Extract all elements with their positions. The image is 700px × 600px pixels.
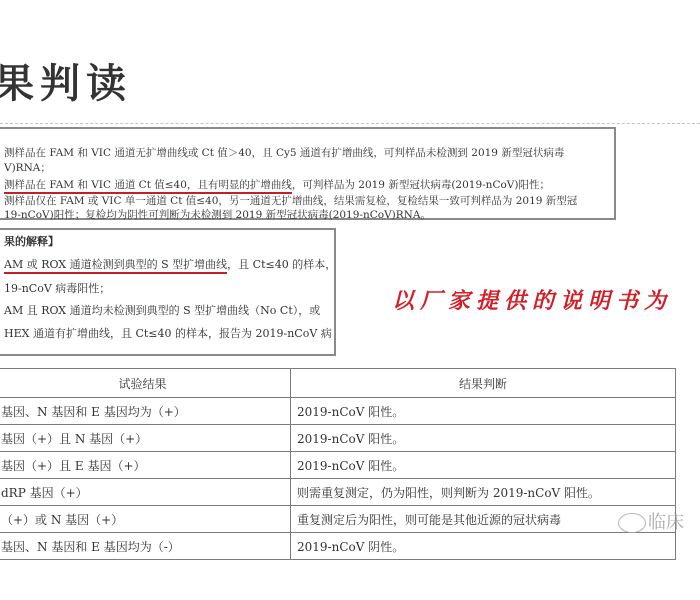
header-test-result: 试验结果 xyxy=(0,369,291,398)
criteria-line-3: 测样品在 FAM 和 VIC 通道 Ct 值≤40，且有明显的扩增曲线，可判样品… xyxy=(4,177,550,192)
test-result-cell: （+）或 N 基因（+） xyxy=(0,506,291,533)
wechat-bubble-icon xyxy=(618,513,646,533)
interpretation-line-3: AM 且 ROX 通道均未检测到典型的 S 型扩增曲线（No Ct），或 xyxy=(4,302,320,318)
table-row: 基因、N 基因和 E 基因均为（+） 2019-nCoV 阳性。 xyxy=(0,398,676,425)
interpretation-line-0-rest: ，且 Ct≤40 的样本， xyxy=(227,258,336,271)
test-result-cell: 基因、N 基因和 E 基因均为（-） xyxy=(0,533,291,560)
interpretation-box: 果的解释】 AM 或 ROX 通道检测到典型的 S 型扩增曲线，且 Ct≤40 … xyxy=(0,228,336,356)
table-row: 基因（+）且 N 基因（+） 2019-nCoV 阳性。 xyxy=(0,425,676,452)
test-result-cell: 基因、N 基因和 E 基因均为（+） xyxy=(0,398,291,425)
manufacturer-instructions-slogan: 以厂家提供的说明书为 xyxy=(392,284,672,315)
result-judgement-table: 试验结果 结果判断 基因、N 基因和 E 基因均为（+） 2019-nCoV 阳… xyxy=(0,368,676,560)
test-result-cell: 基因（+）且 N 基因（+） xyxy=(0,425,291,452)
watermark: 临床 xyxy=(618,508,684,534)
criteria-line-6: 19-nCoV)阳性；复检均为阴性可判断为未检测到 2019 新型冠状病毒(20… xyxy=(4,207,431,222)
criteria-line-5: 测样品仅在 FAM 或 VIC 单一通道 Ct 值≤40，另一通道无扩增曲线，结… xyxy=(4,193,577,208)
interpretation-line-0-underlined: AM 或 ROX 通道检测到典型的 S 型扩增曲线 xyxy=(4,258,227,274)
watermark-text: 临床 xyxy=(648,512,684,533)
criteria-line-3-rest: ，可判样品为 2019 新型冠状病毒(2019-nCoV)阳性； xyxy=(292,179,550,191)
criteria-line-2: V)RNA； xyxy=(4,160,51,175)
interpretation-line-0: AM 或 ROX 通道检测到典型的 S 型扩增曲线，且 Ct≤40 的样本， xyxy=(4,256,336,272)
test-result-cell: dRP 基因（+） xyxy=(0,479,291,506)
table-row: 基因、N 基因和 E 基因均为（-） 2019-nCoV 阴性。 xyxy=(0,533,676,560)
judgement-cell: 2019-nCoV 阳性。 xyxy=(291,452,676,479)
result-criteria-box: 测样品在 FAM 和 VIC 通道无扩增曲线或 Ct 值＞40，且 Cy5 通道… xyxy=(0,127,616,220)
judgement-cell: 2019-nCoV 阴性。 xyxy=(291,533,676,560)
dotted-divider xyxy=(0,123,700,124)
test-result-cell: 基因（+）且 E 基因（+） xyxy=(0,452,291,479)
table-header-row: 试验结果 结果判断 xyxy=(0,369,676,398)
judgement-cell: 2019-nCoV 阳性。 xyxy=(291,425,676,452)
interpretation-line-2: 19-nCoV 病毒阳性； xyxy=(4,280,110,296)
interpretation-heading: 果的解释】 xyxy=(4,233,59,249)
criteria-line-3-underlined: 测样品在 FAM 和 VIC 通道 Ct 值≤40，且有明显的扩增曲线 xyxy=(4,179,292,194)
interpretation-line-4: HEX 通道有扩增曲线，且 Ct≤40 的样本，报告为 2019-nCoV 病 xyxy=(4,325,332,341)
criteria-line-1: 测样品在 FAM 和 VIC 通道无扩增曲线或 Ct 值＞40，且 Cy5 通道… xyxy=(4,145,564,160)
table-row: 基因（+）且 E 基因（+） 2019-nCoV 阳性。 xyxy=(0,452,676,479)
judgement-cell: 2019-nCoV 阳性。 xyxy=(291,398,676,425)
table-row: （+）或 N 基因（+） 重复测定后为阳性，则可能是其他近源的冠状病毒 xyxy=(0,506,676,533)
page-title: 果判读 xyxy=(0,52,132,109)
header-judgement: 结果判断 xyxy=(291,369,676,398)
judgement-cell: 则需重复测定，仍为阳性，则判断为 2019-nCoV 阳性。 xyxy=(291,479,676,506)
table-row: dRP 基因（+） 则需重复测定，仍为阳性，则判断为 2019-nCoV 阳性。 xyxy=(0,479,676,506)
